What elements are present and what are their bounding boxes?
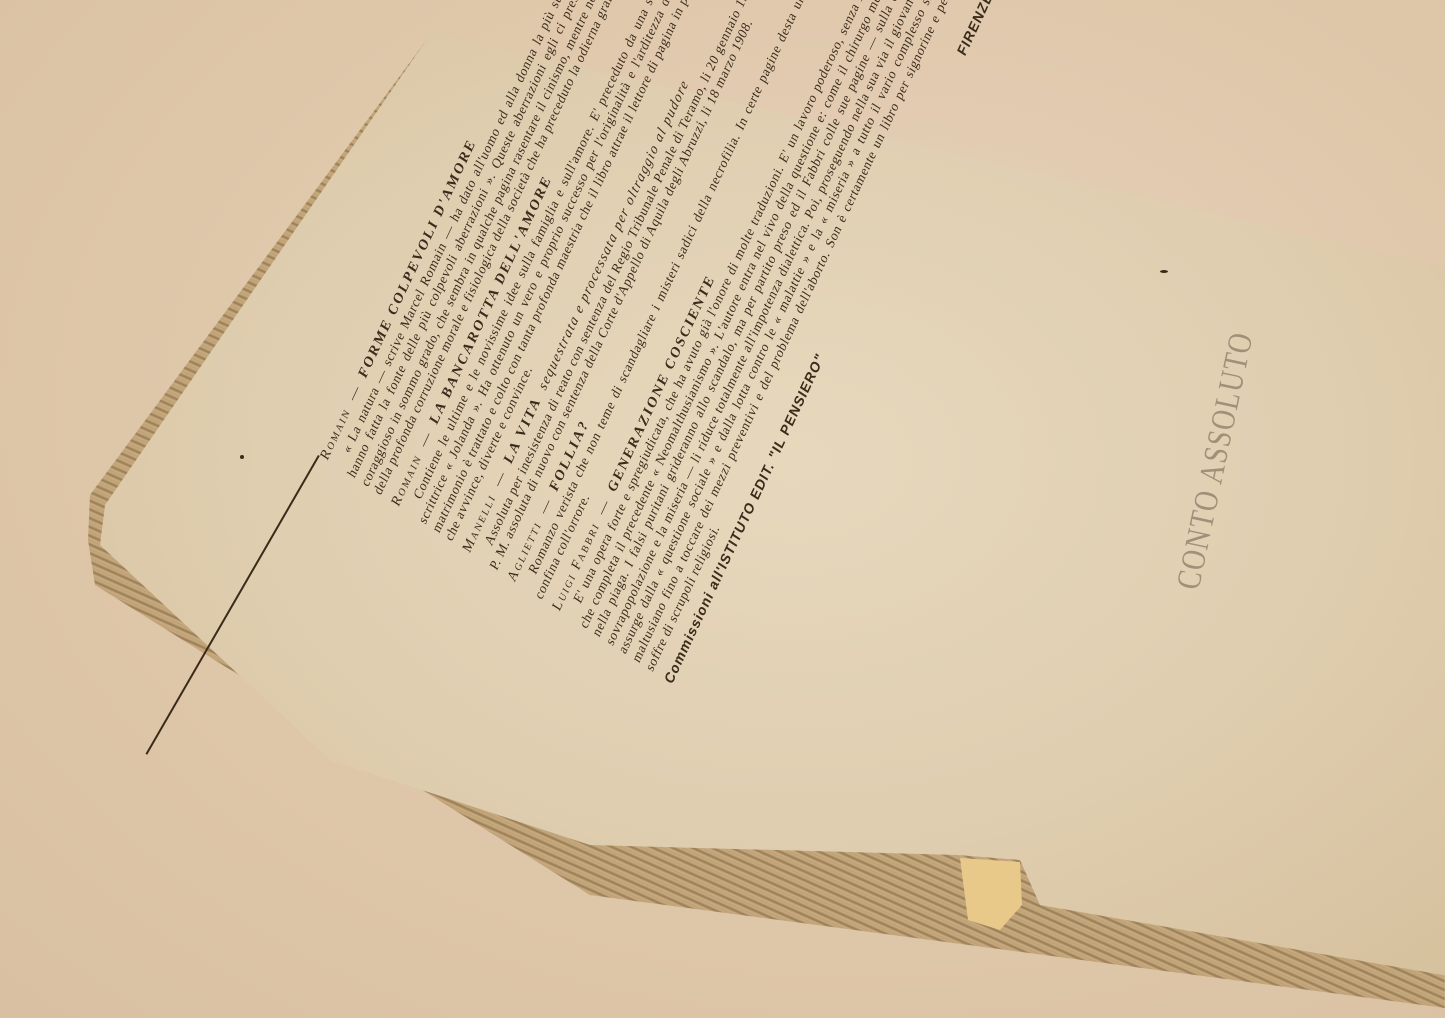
ink-speck (1160, 270, 1168, 273)
ink-speck (240, 455, 244, 459)
